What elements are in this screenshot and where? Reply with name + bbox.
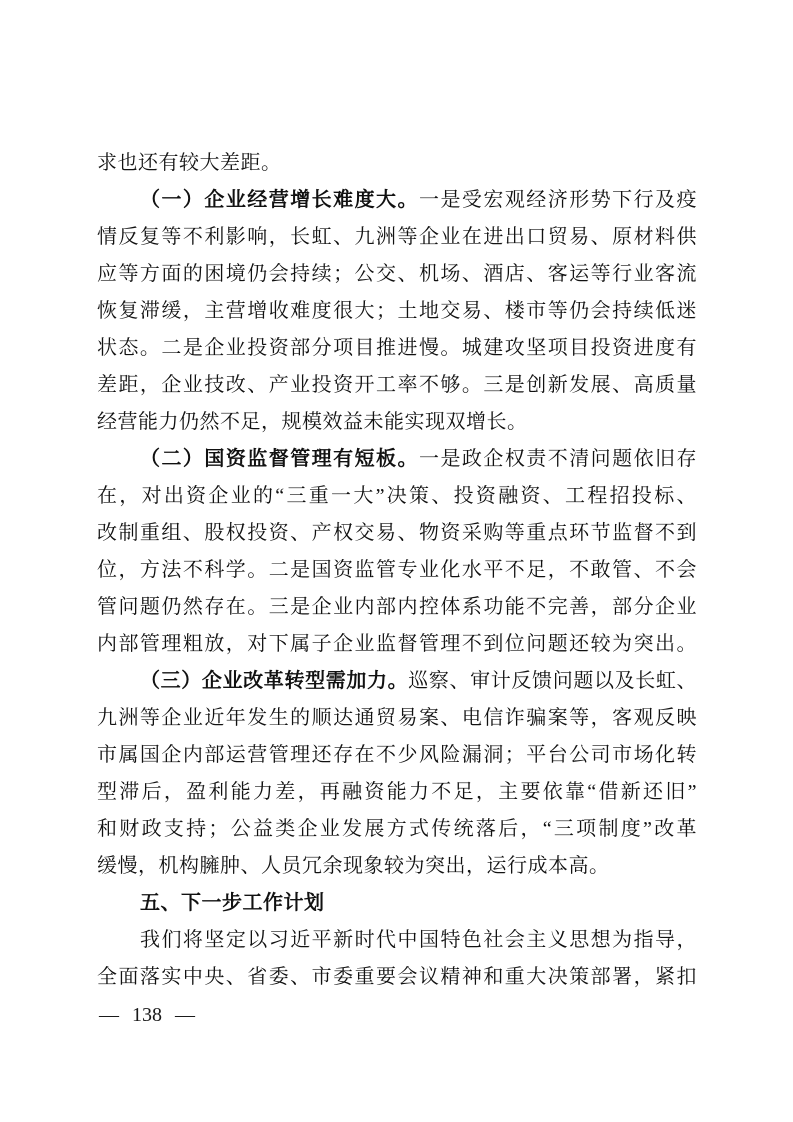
footer-dash-left: — [99, 1001, 119, 1029]
text-line: 和财政支持；公益类企业发展方式传统落后，“三项制度”改革 [97, 811, 697, 848]
text-line: 内部管理粗放，对下属子企业监督管理不到位问题还较为突出。 [97, 626, 697, 663]
document-body: 求也还有较大差距。（一）企业经营增长难度大。一是受宏观经济形势下行及疫情反复等不… [97, 145, 697, 996]
bold-heading-run: （二）国资监督管理有短板。 [140, 448, 419, 470]
text-line: 位，方法不科学。二是国资监管专业化水平不足，不敢管、不会 [97, 552, 697, 589]
text-run: 一是政企权责不清问题依旧存 [419, 448, 697, 470]
text-line: 在，对出资企业的“三重一大”决策、投资融资、工程招投标、 [97, 478, 697, 515]
text-line: 九洲等企业近年发生的顺达通贸易案、电信诈骗案等，客观反映 [97, 700, 697, 737]
bold-heading-run: （三）企业改革转型需加力。 [140, 670, 408, 692]
bold-heading-run: （一）企业经营增长难度大。 [140, 189, 419, 211]
text-line: 全面落实中央、省委、市委重要会议精神和重大决策部署，紧扣 [97, 959, 697, 996]
text-line: 应等方面的困境仍会持续；公交、机场、酒店、客运等行业客流 [97, 256, 697, 293]
text-run: 全面落实中央、省委、市委重要会议精神和重大决策部署，紧扣 [97, 966, 697, 988]
text-line: 差距，企业技改、产业投资开工率不够。三是创新发展、高质量 [97, 367, 697, 404]
text-line: 恢复滞缓，主营增收难度很大；土地交易、楼市等仍会持续低迷 [97, 293, 697, 330]
text-run: 市属国企内部运营管理还存在不少风险漏洞；平台公司市场化转 [97, 744, 697, 766]
text-run: 位，方法不科学。二是国资监管专业化水平不足，不敢管、不会 [97, 559, 697, 581]
page-footer: — 138 — [99, 1001, 195, 1029]
text-run: 经营能力仍然不足，规模效益未能实现双增长。 [97, 411, 528, 433]
text-line: （三）企业改革转型需加力。巡察、审计反馈问题以及长虹、 [97, 663, 697, 700]
text-run: 应等方面的困境仍会持续；公交、机场、酒店、客运等行业客流 [97, 263, 697, 285]
text-run: 缓慢，机构臃肿、人员冗余现象较为突出，运行成本高。 [97, 855, 610, 877]
text-run: 恢复滞缓，主营增收难度很大；土地交易、楼市等仍会持续低迷 [97, 300, 697, 322]
text-run: 改制重组、股权投资、产权交易、物资采购等重点环节监督不到 [97, 522, 697, 544]
text-line: 管问题仍然存在。三是企业内部内控体系功能不完善，部分企业 [97, 589, 697, 626]
text-line: 情反复等不利影响，长虹、九洲等企业在进出口贸易、原材料供 [97, 219, 697, 256]
text-run: 型滞后，盈利能力差，再融资能力不足，主要依靠“借新还旧” [97, 781, 697, 803]
text-run: 内部管理粗放，对下属子企业监督管理不到位问题还较为突出。 [97, 633, 697, 655]
text-run: 状态。二是企业投资部分项目推进慢。城建攻坚项目投资进度有 [97, 337, 697, 359]
text-line: （二）国资监督管理有短板。一是政企权责不清问题依旧存 [97, 441, 697, 478]
bold-heading-run: 五、下一步工作计划 [140, 892, 325, 914]
text-line: 市属国企内部运营管理还存在不少风险漏洞；平台公司市场化转 [97, 737, 697, 774]
text-line: 缓慢，机构臃肿、人员冗余现象较为突出，运行成本高。 [97, 848, 697, 885]
text-run: 九洲等企业近年发生的顺达通贸易案、电信诈骗案等，客观反映 [97, 707, 697, 729]
text-run: 和财政支持；公益类企业发展方式传统落后，“三项制度”改革 [97, 818, 697, 840]
document-page: 求也还有较大差距。（一）企业经营增长难度大。一是受宏观经济形势下行及疫情反复等不… [0, 0, 793, 1122]
text-line: 求也还有较大差距。 [97, 145, 697, 182]
text-run: 情反复等不利影响，长虹、九洲等企业在进出口贸易、原材料供 [97, 226, 697, 248]
footer-dash-right: — [175, 1001, 195, 1029]
text-line: 状态。二是企业投资部分项目推进慢。城建攻坚项目投资进度有 [97, 330, 697, 367]
text-line: （一）企业经营增长难度大。一是受宏观经济形势下行及疫 [97, 182, 697, 219]
text-run: 巡察、审计反馈问题以及长虹、 [408, 670, 697, 692]
text-run: 差距，企业技改、产业投资开工率不够。三是创新发展、高质量 [97, 374, 697, 396]
text-run: 一是受宏观经济形势下行及疫 [419, 189, 697, 211]
text-line: 五、下一步工作计划 [97, 885, 697, 922]
text-run: 在，对出资企业的“三重一大”决策、投资融资、工程招投标、 [97, 485, 697, 507]
text-line: 经营能力仍然不足，规模效益未能实现双增长。 [97, 404, 697, 441]
text-line: 我们将坚定以习近平新时代中国特色社会主义思想为指导， [97, 922, 697, 959]
text-run: 我们将坚定以习近平新时代中国特色社会主义思想为指导， [140, 929, 697, 951]
text-run: 求也还有较大差距。 [97, 152, 282, 174]
page-number: 138 [132, 1001, 162, 1029]
text-line: 型滞后，盈利能力差，再融资能力不足，主要依靠“借新还旧” [97, 774, 697, 811]
text-run: 管问题仍然存在。三是企业内部内控体系功能不完善，部分企业 [97, 596, 697, 618]
text-line: 改制重组、股权投资、产权交易、物资采购等重点环节监督不到 [97, 515, 697, 552]
